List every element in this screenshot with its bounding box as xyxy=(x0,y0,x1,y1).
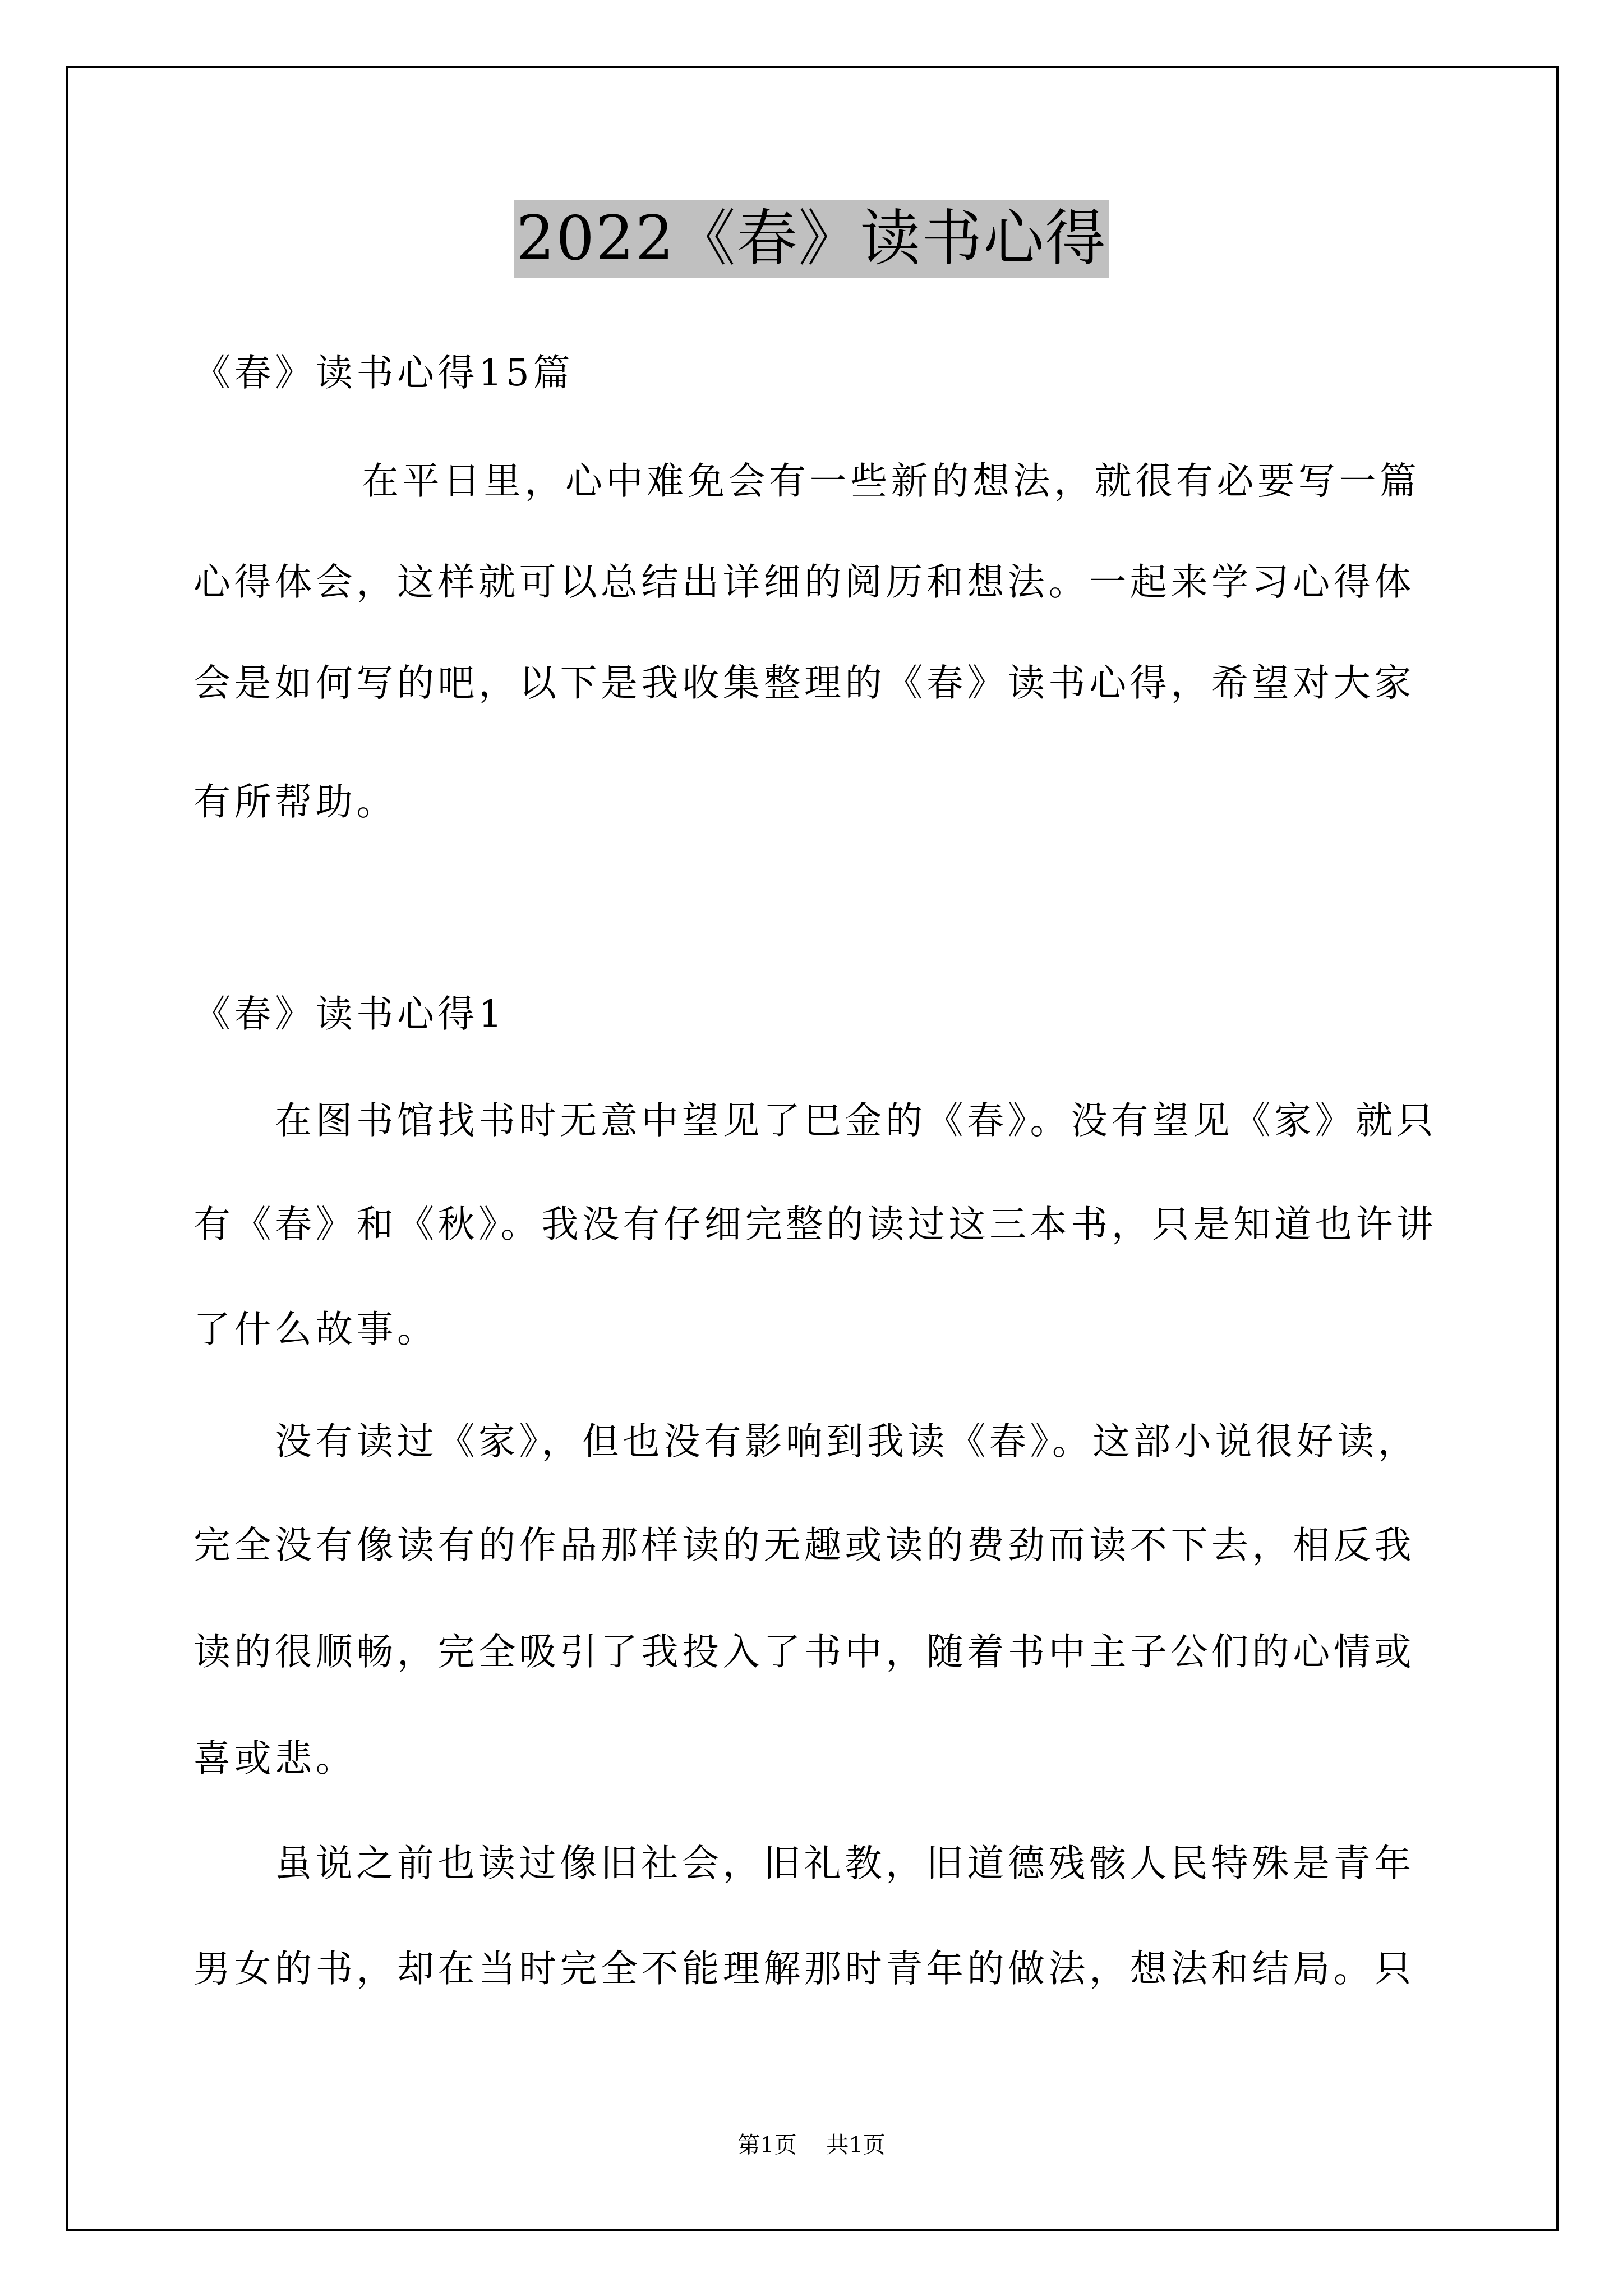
paragraph-line: 在图书馆找书时无意中望见了巴金的《春》。没有望见《家》就只 xyxy=(275,1098,1503,1143)
intro-line: 在平日里，心中难免会有一些新的想法，就很有必要写一篇 xyxy=(362,459,1590,504)
total-pages-label: 共1页 xyxy=(826,2132,885,2158)
intro-line: 有所帮助。 xyxy=(193,780,1422,825)
paragraph-line: 完全没有像读有的作品那样读的无趣或读的费劲而读不下去，相反我 xyxy=(193,1523,1422,1568)
paragraph-line: 读的很顺畅，完全吸引了我投入了书中，随着书中主子公们的心情或 xyxy=(193,1630,1422,1674)
paragraph-line: 了什么故事。 xyxy=(193,1307,1422,1352)
intro-line: 心得体会，这样就可以总结出详细的阅历和想法。一起来学习心得体 xyxy=(193,560,1422,605)
title-container: 2022《春》读书心得 xyxy=(0,200,1623,278)
paragraph-line: 喜或悲。 xyxy=(193,1736,1422,1781)
current-page-label: 第1页 xyxy=(737,2132,796,2158)
paragraph-line: 虽说之前也读过像旧社会，旧礼教，旧道德残骸人民特殊是青年 xyxy=(275,1841,1503,1886)
page-footer: 第1页 共1页 xyxy=(0,2132,1623,2159)
subtitle: 《春》读书心得15篇 xyxy=(193,351,1422,395)
document-title: 2022《春》读书心得 xyxy=(514,200,1109,278)
section-heading: 《春》读书心得1 xyxy=(193,992,1422,1037)
intro-line: 会是如何写的吧，以下是我收集整理的《春》读书心得，希望对大家 xyxy=(193,661,1422,706)
paragraph-line: 有《春》和《秋》。我没有仔细完整的读过这三本书，只是知道也许讲 xyxy=(193,1202,1422,1247)
paragraph-line: 男女的书，却在当时完全不能理解那时青年的做法，想法和结局。只 xyxy=(193,1947,1422,1991)
paragraph-line: 没有读过《家》，但也没有影响到我读《春》。这部小说很好读， xyxy=(275,1419,1503,1464)
